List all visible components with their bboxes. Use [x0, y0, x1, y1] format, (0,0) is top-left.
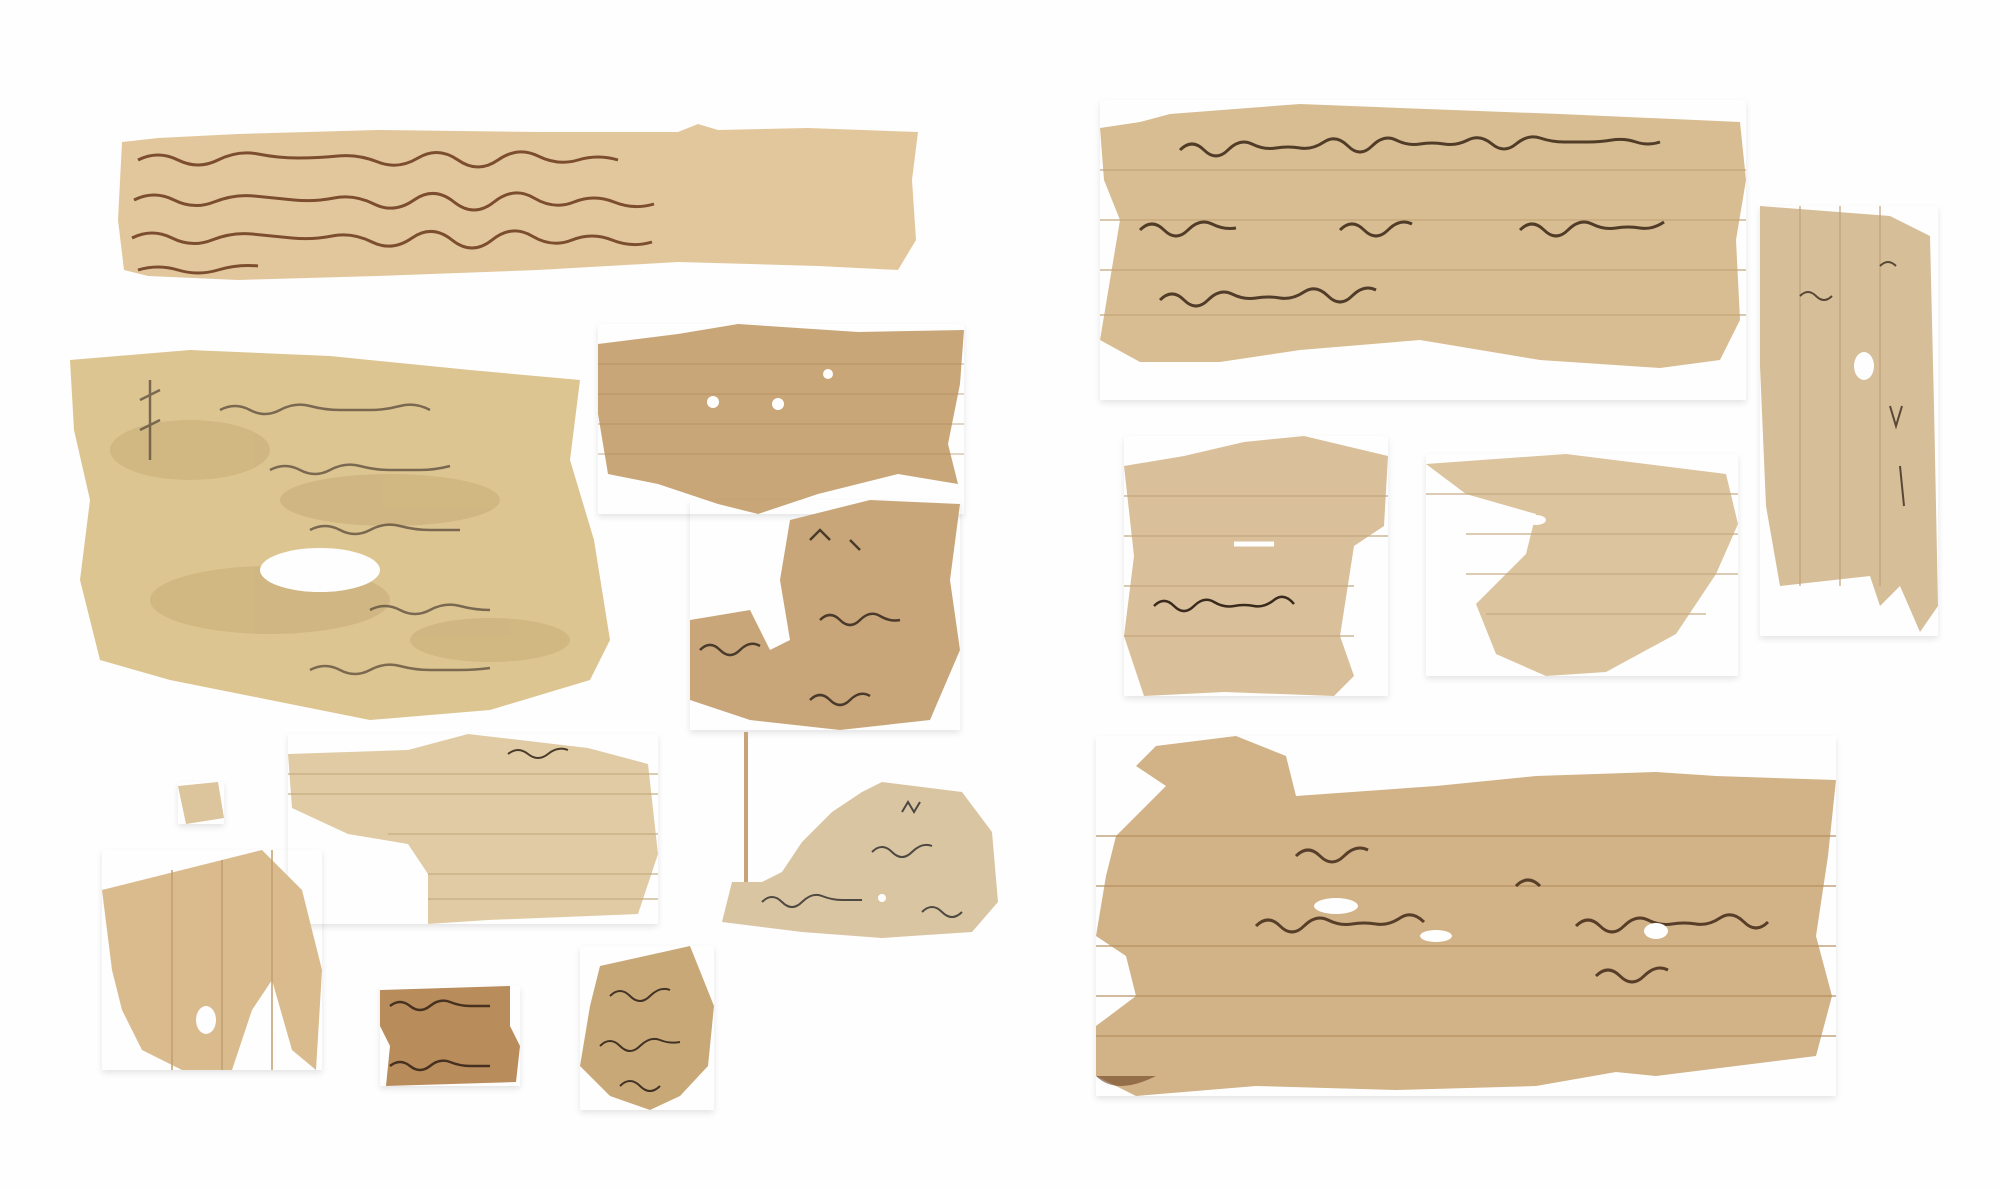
arabic-paper-strip: [118, 120, 918, 280]
coptic-vertical-strip-shape: [1760, 206, 1938, 636]
papyrus-bottom-left-shape: [102, 850, 322, 1070]
coptic-middle-right-shape: [1426, 454, 1738, 676]
tiny-scrap: [178, 782, 224, 824]
coptic-large-bottom-shape: [1096, 736, 1836, 1096]
papyrus-with-stick: [722, 732, 998, 938]
papyrus-square-top: [598, 324, 964, 514]
coptic-vertical-strip: [1760, 206, 1938, 636]
papyrus-small-dark-shape: [380, 986, 520, 1086]
papyrus-with-stick-shape: [722, 732, 998, 938]
papyrus-middle-ragged-shape: [690, 500, 960, 730]
coptic-strip-top: [1100, 100, 1746, 400]
papyrus-small-diamond: [580, 946, 714, 1110]
crumpled-paper-sheet: [70, 340, 610, 720]
pale-papyrus-strip-shape: [288, 734, 658, 924]
coptic-large-bottom: [1096, 736, 1836, 1096]
coptic-middle-left: [1124, 436, 1388, 696]
coptic-middle-right: [1426, 454, 1738, 676]
photo-scene: [0, 0, 2000, 1190]
tiny-scrap-shape: [178, 782, 224, 824]
pale-papyrus-strip: [288, 734, 658, 924]
papyrus-small-dark: [380, 986, 520, 1086]
coptic-strip-top-shape: [1100, 100, 1746, 400]
crumpled-paper-sheet-shape: [70, 340, 610, 720]
papyrus-middle-ragged: [690, 500, 960, 730]
arabic-paper-strip-shape: [118, 120, 918, 280]
papyrus-bottom-left: [102, 850, 322, 1070]
coptic-middle-left-shape: [1124, 436, 1388, 696]
papyrus-square-top-shape: [598, 324, 964, 514]
papyrus-small-diamond-shape: [580, 946, 714, 1110]
